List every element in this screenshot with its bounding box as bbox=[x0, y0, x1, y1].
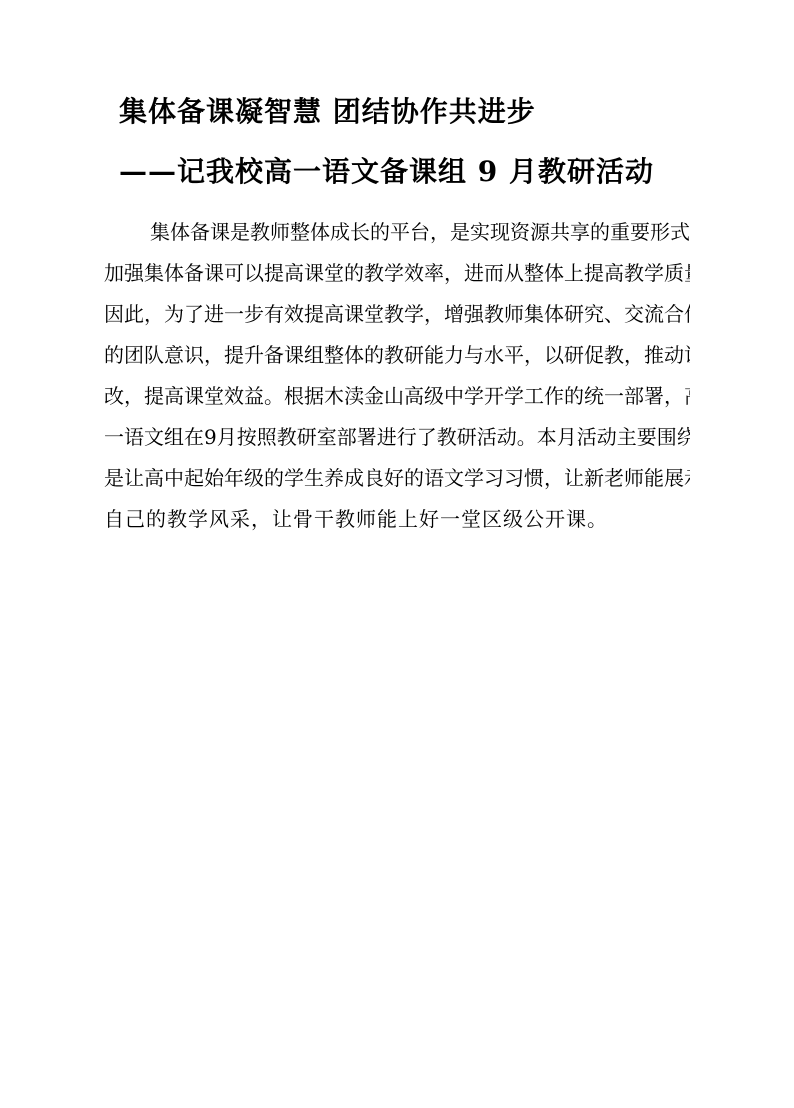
body-line: 因此，为了进一步有效提高课堂教学，增强教师集体研究、交流合作 bbox=[104, 294, 690, 335]
body-line: 改，提高课堂效益。根据木渎金山高级中学开学工作的统一部署，高 bbox=[104, 376, 690, 417]
body-line: 加强集体备课可以提高课堂的教学效率，进而从整体上提高教学质量。 bbox=[104, 253, 690, 294]
document-page: 集体备课凝智慧 团结协作共进步 ——记我校高一语文备课组 9 月教研活动 集体备… bbox=[0, 0, 794, 1108]
body-line: 是让高中起始年级的学生养成良好的语文学习习惯，让新老师能展示 bbox=[104, 458, 690, 499]
body-line: 一语文组在 9 月按照教研室部署进行了教研活动。本月活动主要围绕 bbox=[104, 417, 690, 458]
document-subtitle: ——记我校高一语文备课组 9 月教研活动 bbox=[119, 157, 690, 187]
body-line: 集体备课是教师整体成长的平台，是实现资源共享的重要形式。 bbox=[104, 212, 690, 253]
body-line: 的团队意识，提升备课组整体的教研能力与水平，以研促教，推动课 bbox=[104, 335, 690, 376]
body-paragraph: 集体备课是教师整体成长的平台，是实现资源共享的重要形式。加强集体备课可以提高课堂… bbox=[104, 212, 690, 540]
document-title: 集体备课凝智慧 团结协作共进步 bbox=[119, 97, 690, 127]
body-line: 自己的教学风采，让骨干教师能上好一堂区级公开课。 bbox=[104, 499, 690, 540]
title-block: 集体备课凝智慧 团结协作共进步 ——记我校高一语文备课组 9 月教研活动 bbox=[119, 97, 690, 187]
